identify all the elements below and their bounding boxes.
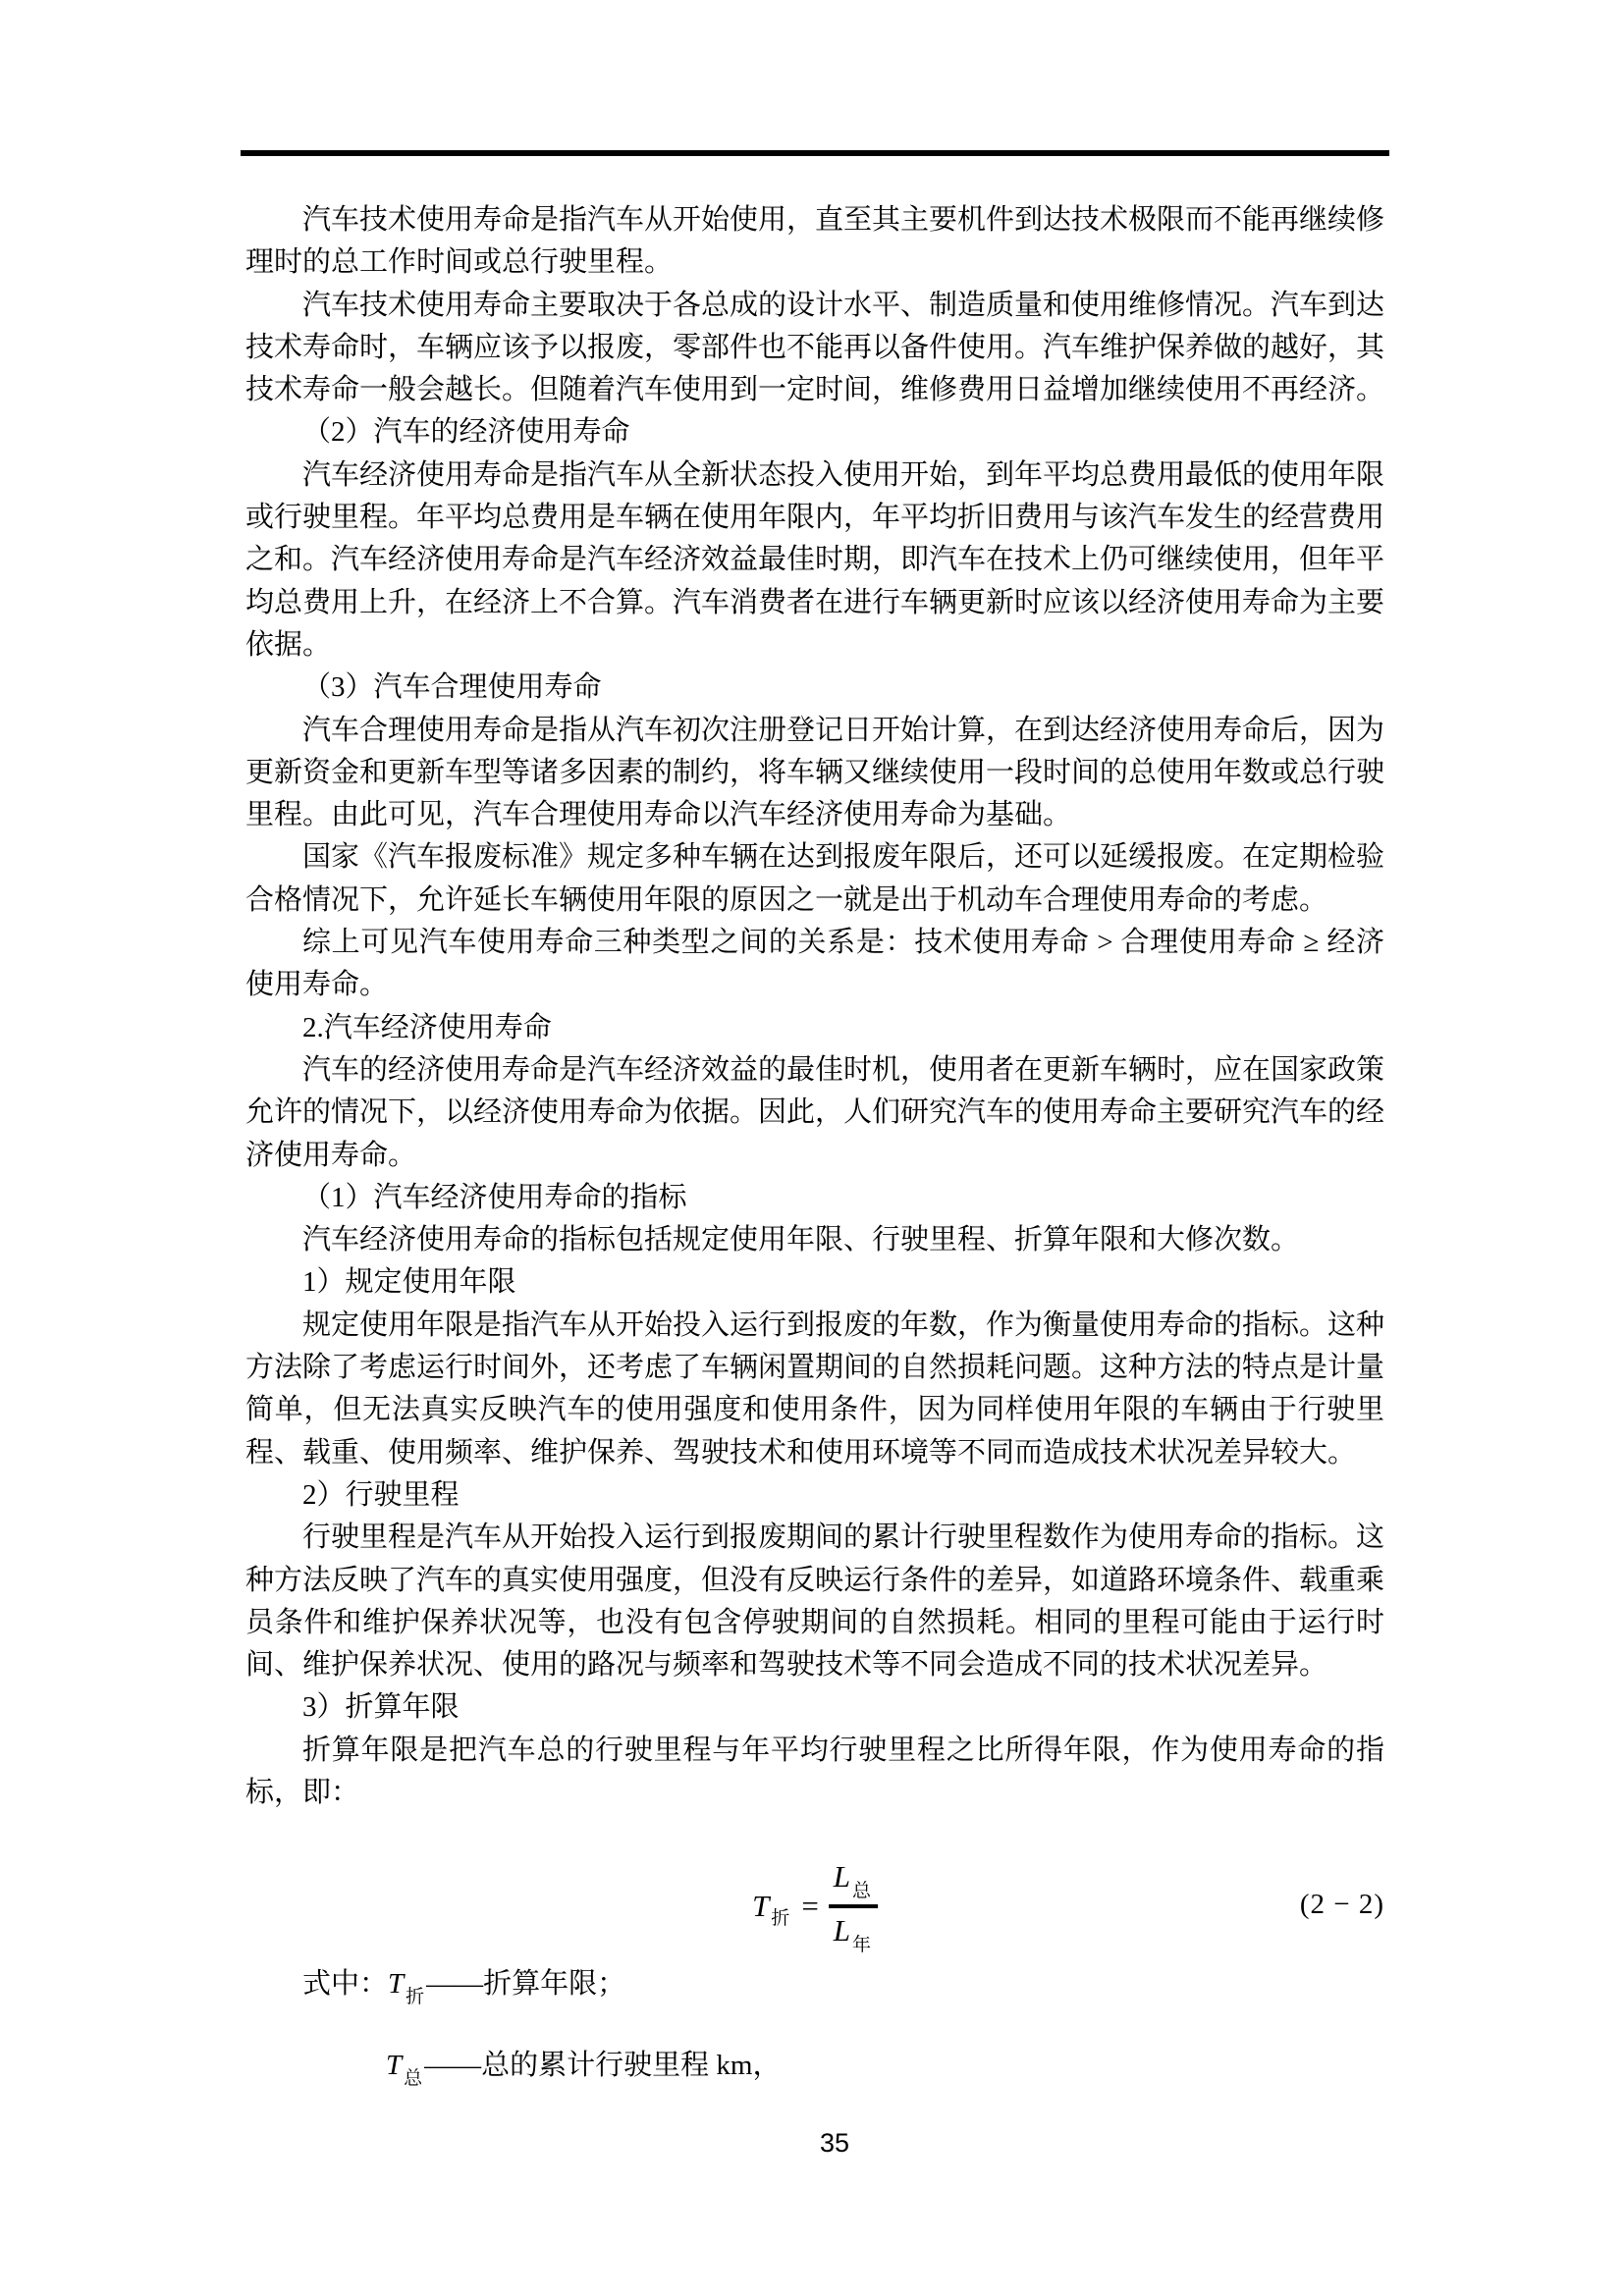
equals-sign: =	[801, 1889, 818, 1924]
body-paragraph: 汽车技术使用寿命是指汽车从开始使用，直至其主要机件到达技术极限而不能再继续修理时…	[245, 199, 1384, 285]
body-paragraph: 2.汽车经济使用寿命	[245, 1007, 1384, 1049]
body-paragraph: 规定使用年限是指汽车从开始投入运行到报废的年数，作为衡量使用寿命的指标。这种方法…	[245, 1305, 1384, 1474]
fraction-numerator: L总	[834, 1857, 873, 1901]
formula-block: T折 = L总 L年 (2 − 2)	[245, 1838, 1384, 1975]
legend-description: 折算年限；	[483, 1968, 625, 2000]
body-paragraph: 3）折算年限	[245, 1686, 1384, 1729]
denominator-variable: L	[834, 1913, 850, 1948]
denominator-subscript: 年	[852, 1935, 871, 1955]
body-paragraph: 汽车合理使用寿命是指从汽车初次注册登记日开始计算，在到达经济使用寿命后，因为更新…	[245, 710, 1384, 837]
body-paragraph: 综上可见汽车使用寿命三种类型之间的关系是：技术使用寿命 > 合理使用寿命 ≥ 经…	[245, 922, 1384, 1007]
document-page: 汽车技术使用寿命是指汽车从开始使用，直至其主要机件到达技术极限而不能再继续修理时…	[0, 0, 1624, 2296]
fraction: L总 L年	[829, 1857, 878, 1955]
equation-number: (2 − 2)	[1300, 1889, 1384, 1921]
body-paragraph: 汽车经济使用寿命是指汽车从全新状态投入使用开始，到年平均总费用最低的使用年限或行…	[245, 454, 1384, 667]
body-paragraph: （3）汽车合理使用寿命	[245, 667, 1384, 709]
formula-legend-line: T总——总的累计行驶里程 km，	[386, 2045, 781, 2090]
formula-lhs-variable: T	[752, 1889, 769, 1924]
formula-legend-line: 式中：T折——折算年限；	[302, 1963, 625, 2008]
header-rule	[241, 150, 1389, 156]
body-paragraph: 汽车经济使用寿命的指标包括规定使用年限、行驶里程、折算年限和大修次数。	[245, 1219, 1384, 1261]
legend-variable: T	[386, 2050, 402, 2081]
body-paragraph: 汽车技术使用寿命主要取决于各总成的设计水平、制造质量和使用维修情况。汽车到达技术…	[245, 285, 1384, 412]
body-paragraph: 汽车的经济使用寿命是汽车经济效益的最佳时机，使用者在更新车辆时，应在国家政策允许…	[245, 1049, 1384, 1177]
body-paragraph: 行驶里程是汽车从开始投入运行到报废期间的累计行驶里程数作为使用寿命的指标。这种方…	[245, 1517, 1384, 1686]
body-paragraph: 折算年限是把汽车总的行驶里程与年平均行驶里程之比所得年限，作为使用寿命的指标，即…	[245, 1730, 1384, 1815]
equation: T折 = L总 L年	[752, 1838, 878, 1975]
body-paragraph: 1）规定使用年限	[245, 1261, 1384, 1304]
fraction-denominator: L年	[834, 1911, 873, 1955]
body-paragraph: （2）汽车的经济使用寿命	[245, 411, 1384, 454]
legend-subscript: 折	[406, 1987, 424, 2007]
numerator-variable: L	[834, 1859, 850, 1894]
legend-description: 总的累计行驶里程 km，	[481, 2050, 781, 2081]
body-paragraph: （1）汽车经济使用寿命的指标	[245, 1177, 1384, 1219]
legend-prefix: 式中：	[302, 1968, 388, 2000]
formula-lhs-subscript: 折	[771, 1903, 789, 1930]
body-paragraph: 国家《汽车报废标准》规定多种车辆在达到报废年限后，还可以延缓报废。在定期检验合格…	[245, 836, 1384, 922]
page-number: 35	[23, 2128, 1624, 2159]
body-paragraph: 2）行驶里程	[245, 1474, 1384, 1517]
legend-dash: ——	[426, 1968, 483, 2000]
numerator-subscript: 总	[852, 1881, 871, 1901]
legend-variable: T	[388, 1968, 404, 2000]
legend-dash: ——	[424, 2050, 481, 2081]
body-text: 汽车技术使用寿命是指汽车从开始使用，直至其主要机件到达技术极限而不能再继续修理时…	[245, 199, 1384, 1814]
fraction-bar	[829, 1904, 878, 1908]
legend-subscript: 总	[404, 2068, 422, 2089]
